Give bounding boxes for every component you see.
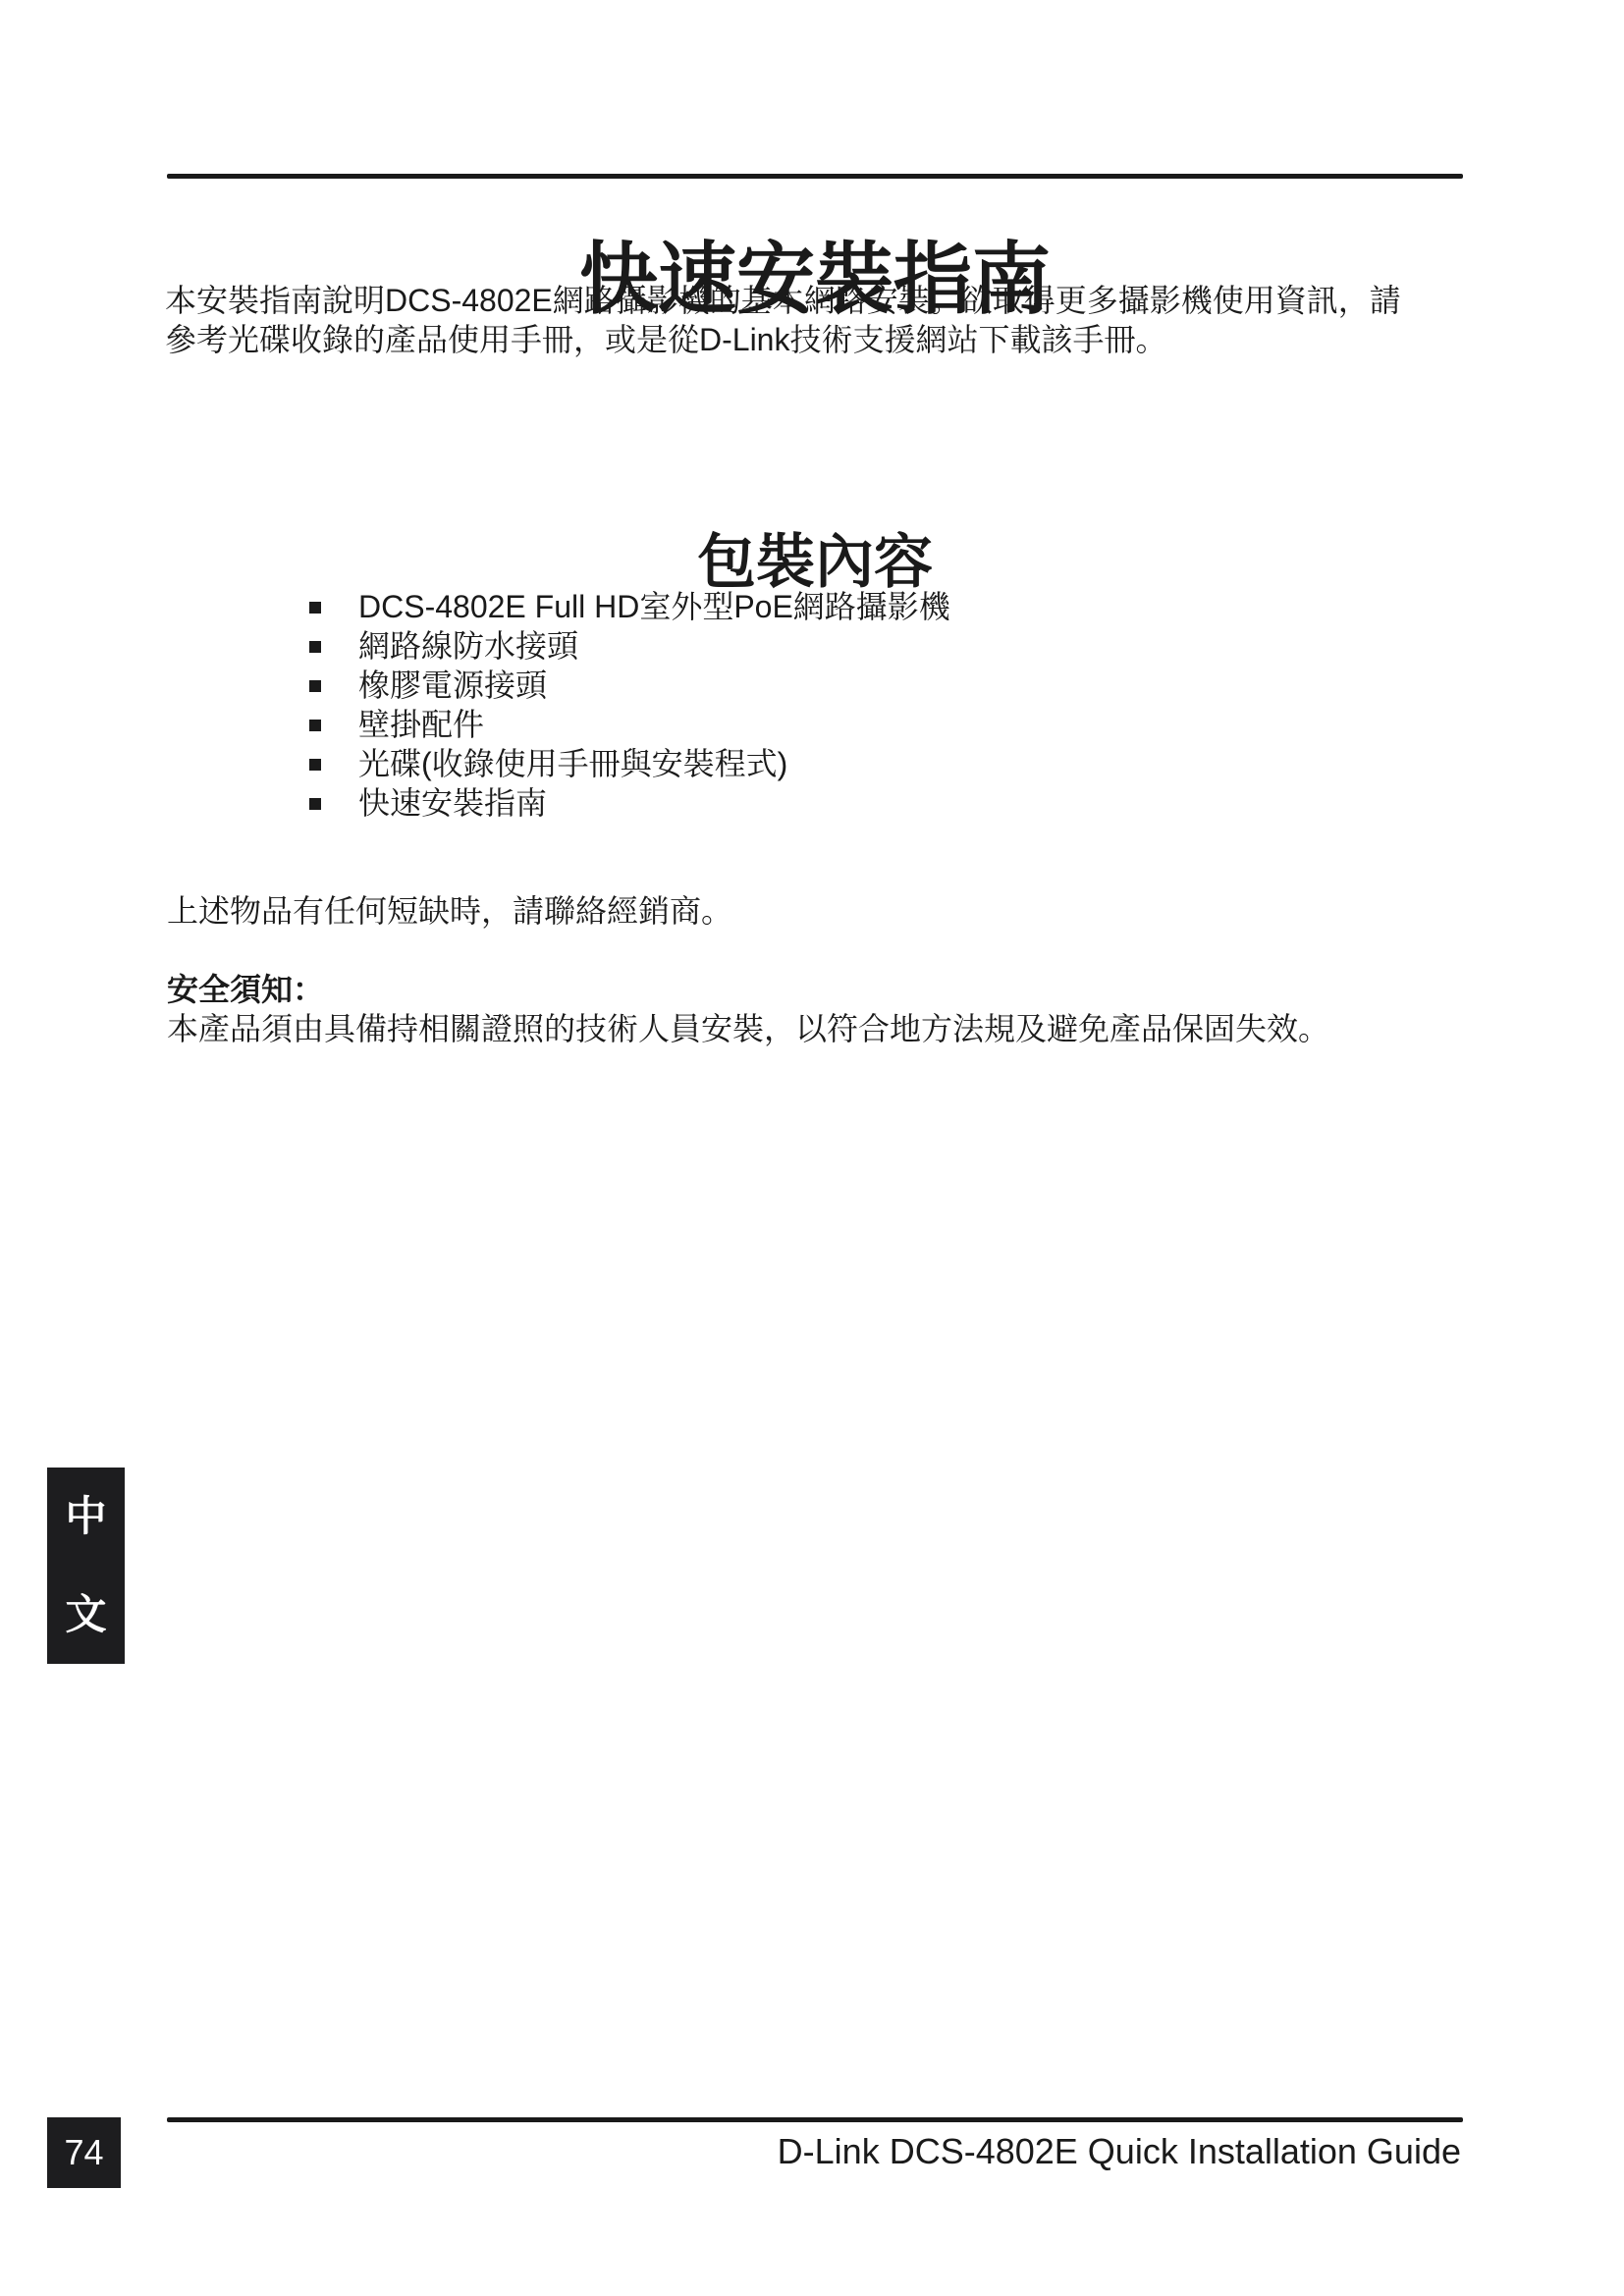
- language-tab-char: 文: [65, 1594, 106, 1635]
- footer-rule: [167, 2117, 1463, 2122]
- page-number-badge: 74: [47, 2117, 121, 2188]
- intro-line: 參考光碟收錄的產品使用手冊，或是從D-Link技術支援網站下載該手冊。: [165, 320, 1471, 359]
- bullet-square-icon: [309, 680, 321, 692]
- list-item-label: 壁掛配件: [358, 707, 484, 742]
- package-contents-list: DCS-4802E Full HD室外型PoE網路攝影機 網路線防水接頭 橡膠電…: [309, 587, 950, 823]
- list-item-label: 橡膠電源接頭: [358, 667, 547, 703]
- list-item: 壁掛配件: [309, 705, 950, 744]
- footer-guide-title: D-Link DCS-4802E Quick Installation Guid…: [167, 2130, 1461, 2173]
- list-item: 光碟(收錄使用手冊與安裝程式): [309, 744, 950, 783]
- header-rule: [167, 174, 1463, 179]
- safety-notice-text: 本產品須由具備持相關證照的技術人員安裝，以符合地方法規及避免產品保固失效。: [167, 1009, 1329, 1048]
- page-number: 74: [64, 2135, 103, 2170]
- list-item-label: 快速安裝指南: [358, 785, 547, 821]
- list-item-label: 網路線防水接頭: [358, 628, 578, 664]
- bullet-square-icon: [309, 641, 321, 653]
- list-item: 網路線防水接頭: [309, 626, 950, 666]
- bullet-square-icon: [309, 602, 321, 614]
- intro-paragraph: 本安裝指南說明DCS-4802E網路攝影機的基本網路安裝。欲取得更多攝影機使用資…: [165, 281, 1471, 359]
- shortage-note: 上述物品有任何短缺時，請聯絡經銷商。: [167, 891, 732, 931]
- list-item: 快速安裝指南: [309, 783, 950, 823]
- bullet-square-icon: [309, 759, 321, 771]
- list-item: DCS-4802E Full HD室外型PoE網路攝影機: [309, 587, 950, 626]
- intro-line: 本安裝指南說明DCS-4802E網路攝影機的基本網路安裝。欲取得更多攝影機使用資…: [165, 281, 1471, 320]
- bullet-square-icon: [309, 720, 321, 731]
- bullet-square-icon: [309, 798, 321, 810]
- section-title-package-contents: 包裝內容: [167, 528, 1463, 596]
- language-tab-char: 中: [65, 1496, 106, 1537]
- document-page: 快速安裝指南 本安裝指南說明DCS-4802E網路攝影機的基本網路安裝。欲取得更…: [0, 0, 1624, 2296]
- list-item-label: DCS-4802E Full HD室外型PoE網路攝影機: [358, 589, 950, 624]
- safety-notice-heading: 安全須知：: [167, 970, 324, 1009]
- language-tab-chinese: 中 文: [47, 1468, 125, 1664]
- list-item: 橡膠電源接頭: [309, 666, 950, 705]
- list-item-label: 光碟(收錄使用手冊與安裝程式): [358, 746, 787, 781]
